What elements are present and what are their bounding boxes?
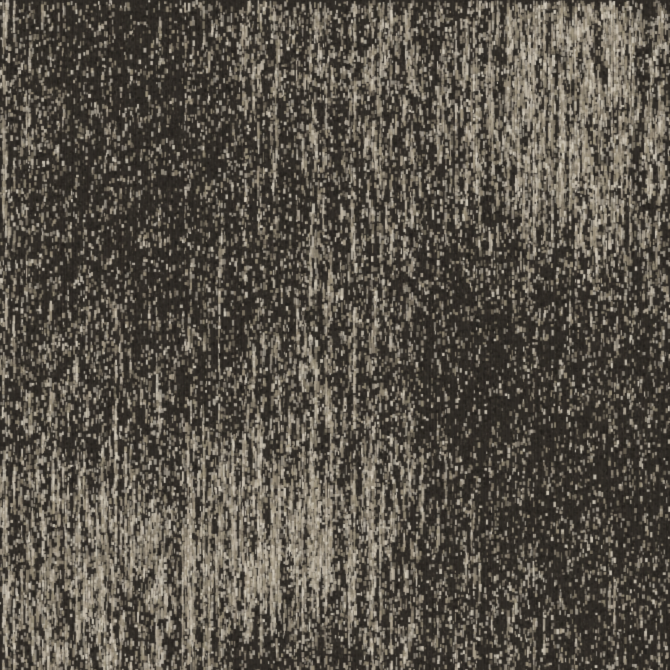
carpet-photo-root (0, 0, 670, 670)
carpet-texture-image (0, 0, 670, 670)
